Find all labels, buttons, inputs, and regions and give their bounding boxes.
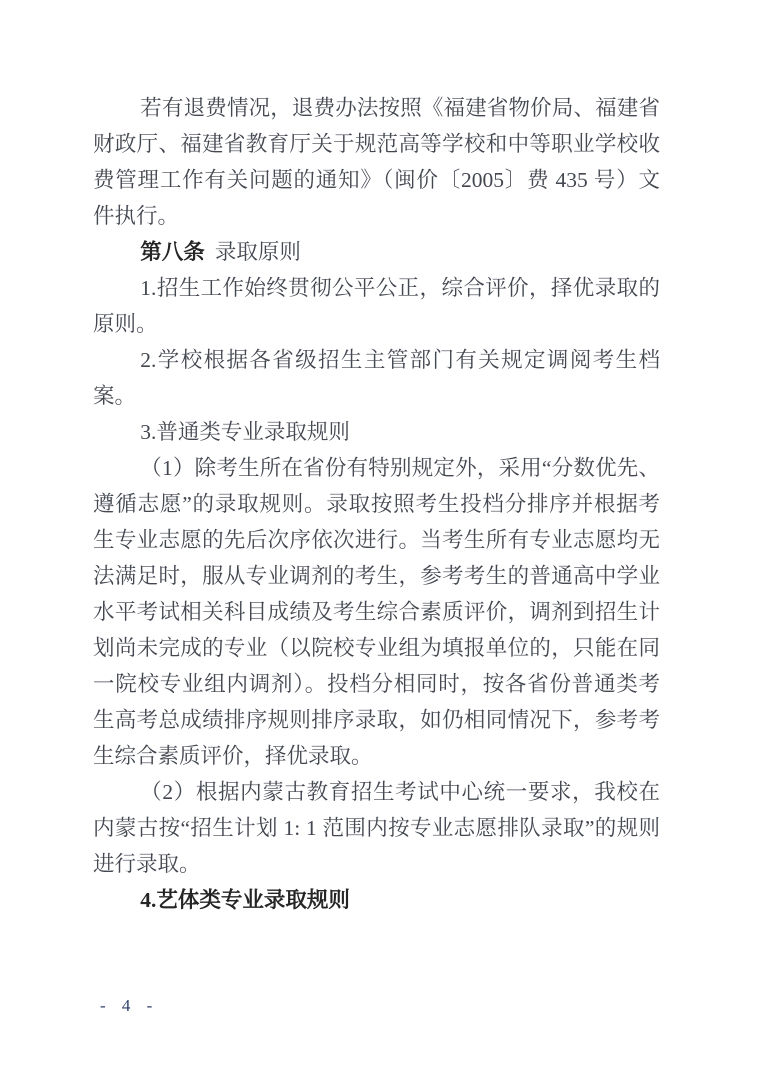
document-page: 若有退费情况，退费办法按照《福建省物价局、福建省财政厅、福建省教育厅关于规范高等…: [0, 0, 757, 1069]
article-8-title: 录取原则: [215, 240, 301, 264]
list-item-4-heading: 4.艺体类专业录取规则: [93, 882, 660, 918]
paragraph-refund-policy: 若有退费情况，退费办法按照《福建省物价局、福建省财政厅、福建省教育厅关于规范高等…: [93, 90, 660, 234]
list-item-3-heading: 3.普通类专业录取规则: [93, 414, 660, 450]
document-body: 若有退费情况，退费办法按照《福建省物价局、福建省财政厅、福建省教育厅关于规范高等…: [93, 90, 660, 918]
list-item-2-archives: 2.学校根据各省级招生主管部门有关规定调阅考生档案。: [93, 342, 660, 414]
article-8-number: 第八条: [140, 240, 205, 264]
list-item-3-rule-1: （1）除考生所在省份有特别规定外，采用“分数优先、遵循志愿”的录取规则。录取按照…: [93, 450, 660, 774]
page-number: - 4 -: [100, 996, 158, 1016]
heading-article-8: 第八条录取原则: [93, 234, 660, 270]
list-item-3-rule-2: （2）根据内蒙古教育招生考试中心统一要求，我校在内蒙古按“招生计划 1: 1 范…: [93, 774, 660, 882]
list-item-1-principle: 1.招生工作始终贯彻公平公正，综合评价，择优录取的原则。: [93, 270, 660, 342]
